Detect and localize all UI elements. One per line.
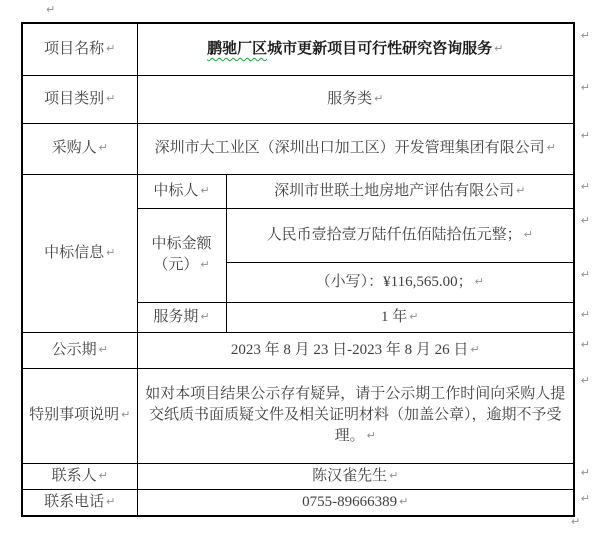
purchaser-label-cell: 采购人↵: [22, 123, 137, 174]
table-row: 采购人↵ 深圳市大工业区（深圳出口加工区）开发管理集团有限公司↵ ↵: [22, 123, 574, 174]
amount-label-line1: 中标金额: [151, 236, 211, 252]
table-row: 联系电话↵ 0755-89666389↵ ↵: [22, 489, 574, 516]
table-row: 公示期↵ 2023 年 8 月 23 日-2023 年 8 月 26 日↵ ↵: [22, 332, 574, 368]
table-row: 特别事项说明↵ 如对本项目结果公示存有疑异，请于公示期工作时间向采购人提交纸质书…: [22, 368, 574, 463]
row-paragraph-mark-icon: ↵: [581, 339, 590, 350]
paragraph-mark-icon: ↵: [367, 429, 376, 442]
paragraph-mark-icon: ↵: [106, 246, 115, 259]
publicity-period-label-cell: 公示期↵: [22, 332, 137, 368]
paragraph-mark-icon: ↵: [200, 310, 209, 323]
service-period-label-cell: 服务期↵: [137, 302, 226, 332]
paragraph-mark-icon: ↵: [121, 408, 130, 421]
winner-value: 深圳市世联土地房地产评估有限公司: [274, 183, 514, 199]
winner-label: 中标人: [153, 183, 198, 199]
table-row: 中标信息↵ 中标人↵ 深圳市世联土地房地产评估有限公司↵ ↵: [22, 174, 574, 208]
project-name-squiggled-text: 鹏驰厂区: [207, 41, 267, 57]
amount-words-value-cell: 人民币壹拾壹万陆仟伍佰陆拾伍元整；↵ ↵: [226, 208, 574, 262]
special-notes-value: 如对本项目结果公示存有疑异，请于公示期工作时间向采购人提交纸质书面质疑文件及相关…: [145, 386, 565, 444]
amount-figures-value: （小写）：¥116,565.00；: [316, 274, 473, 290]
publicity-period-label: 公示期: [52, 342, 97, 358]
project-category-label-cell: 项目类别↵: [22, 75, 137, 123]
project-category-value-cell: 服务类↵ ↵: [137, 75, 574, 123]
project-category-value: 服务类: [327, 91, 372, 107]
publicity-period-value-cell: 2023 年 8 月 23 日-2023 年 8 月 26 日↵ ↵: [137, 332, 574, 368]
row-paragraph-mark-icon: ↵: [581, 493, 590, 504]
contact-person-value: 陈汉雀先生: [312, 468, 387, 484]
paragraph-mark-icon: ↵: [470, 343, 479, 356]
paragraph-mark-icon: ↵: [409, 310, 418, 323]
paragraph-mark-icon: ↵: [106, 92, 115, 105]
paragraph-mark-icon: ↵: [399, 495, 408, 508]
winner-label-cell: 中标人↵: [137, 174, 226, 208]
paragraph-mark-icon: ↵: [524, 228, 533, 241]
contact-phone-value-cell: 0755-89666389↵ ↵: [137, 489, 574, 516]
row-paragraph-mark-icon: ↵: [581, 181, 590, 192]
paragraph-mark-icon: ↵: [106, 42, 115, 55]
contact-phone-value: 0755-89666389: [302, 494, 397, 510]
row-paragraph-mark-icon: ↵: [581, 130, 590, 141]
project-name-value-cell: 鹏驰厂区城市更新项目可行性研究咨询服务↵ ↵: [137, 23, 574, 75]
contact-person-label-cell: 联系人↵: [22, 463, 137, 489]
service-period-value: 1 年: [381, 309, 407, 325]
row-paragraph-mark-icon: ↵: [581, 269, 590, 280]
paragraph-mark-icon: ↵: [99, 343, 108, 356]
special-notes-label: 特别事项说明: [29, 407, 119, 423]
contact-phone-label: 联系电话: [44, 494, 104, 510]
project-name-label-cell: 项目名称↵: [22, 23, 137, 75]
paragraph-mark-icon: ↵: [389, 469, 398, 482]
paragraph-mark-icon: ↵: [547, 141, 556, 154]
table-row: 联系人↵ 陈汉雀先生↵ ↵: [22, 463, 574, 489]
contact-person-value-cell: 陈汉雀先生↵ ↵: [137, 463, 574, 489]
paragraph-mark-icon: ↵: [200, 184, 209, 197]
row-paragraph-mark-icon: ↵: [581, 82, 590, 93]
paragraph-mark-icon: ↵: [46, 4, 55, 15]
service-period-label: 服务期: [153, 309, 198, 325]
amount-label-line2: （元）: [153, 257, 198, 273]
project-name-text: 城市更新项目可行性研究咨询服务: [267, 41, 492, 57]
bid-award-notice-table: 项目名称↵ 鹏驰厂区城市更新项目可行性研究咨询服务↵ ↵ 项目类别↵ 服务类↵ …: [21, 22, 575, 517]
paragraph-mark-icon: ↵: [99, 469, 108, 482]
amount-figures-value-cell: （小写）：¥116,565.00；↵ ↵: [226, 262, 574, 302]
purchaser-value-cell: 深圳市大工业区（深圳出口加工区）开发管理集团有限公司↵ ↵: [137, 123, 574, 174]
paragraph-mark-icon: ↵: [374, 92, 383, 105]
contact-person-label: 联系人: [52, 468, 97, 484]
table-row: 项目类别↵ 服务类↵ ↵: [22, 75, 574, 123]
winner-value-cell: 深圳市世联土地房地产评估有限公司↵ ↵: [226, 174, 574, 208]
special-notes-label-cell: 特别事项说明↵: [22, 368, 137, 463]
amount-words-value: 人民币壹拾壹万陆仟伍佰陆拾伍元整；: [267, 227, 522, 243]
paragraph-mark-icon: ↵: [475, 275, 484, 288]
special-notes-value-cell: 如对本项目结果公示存有疑异，请于公示期工作时间向采购人提交纸质书面质疑文件及相关…: [137, 368, 574, 463]
row-paragraph-mark-icon: ↵: [581, 375, 590, 386]
paragraph-mark-icon: ↵: [200, 258, 209, 271]
row-paragraph-mark-icon: ↵: [581, 30, 590, 41]
bid-info-label-cell: 中标信息↵: [22, 174, 137, 332]
paragraph-mark-icon: ↵: [516, 184, 525, 197]
contact-phone-label-cell: 联系电话↵: [22, 489, 137, 516]
paragraph-mark-icon: ↵: [99, 141, 108, 154]
paragraph-mark-icon: ↵: [106, 495, 115, 508]
bid-info-label: 中标信息: [44, 245, 104, 261]
paragraph-mark-icon: ↵: [494, 42, 503, 55]
table-row: 项目名称↵ 鹏驰厂区城市更新项目可行性研究咨询服务↵ ↵: [22, 23, 574, 75]
row-paragraph-mark-icon: ↵: [581, 309, 590, 320]
row-paragraph-mark-icon: ↵: [581, 467, 590, 478]
purchaser-value: 深圳市大工业区（深圳出口加工区）开发管理集团有限公司: [155, 140, 545, 156]
publicity-period-value: 2023 年 8 月 23 日-2023 年 8 月 26 日: [231, 342, 469, 358]
amount-label-cell: 中标金额 （元）↵: [137, 208, 226, 302]
service-period-value-cell: 1 年↵ ↵: [226, 302, 574, 332]
paragraph-mark-icon: ↵: [571, 516, 580, 527]
purchaser-label: 采购人: [52, 140, 97, 156]
project-category-label: 项目类别: [44, 91, 104, 107]
row-paragraph-mark-icon: ↵: [581, 215, 590, 226]
project-name-label: 项目名称: [44, 41, 104, 57]
